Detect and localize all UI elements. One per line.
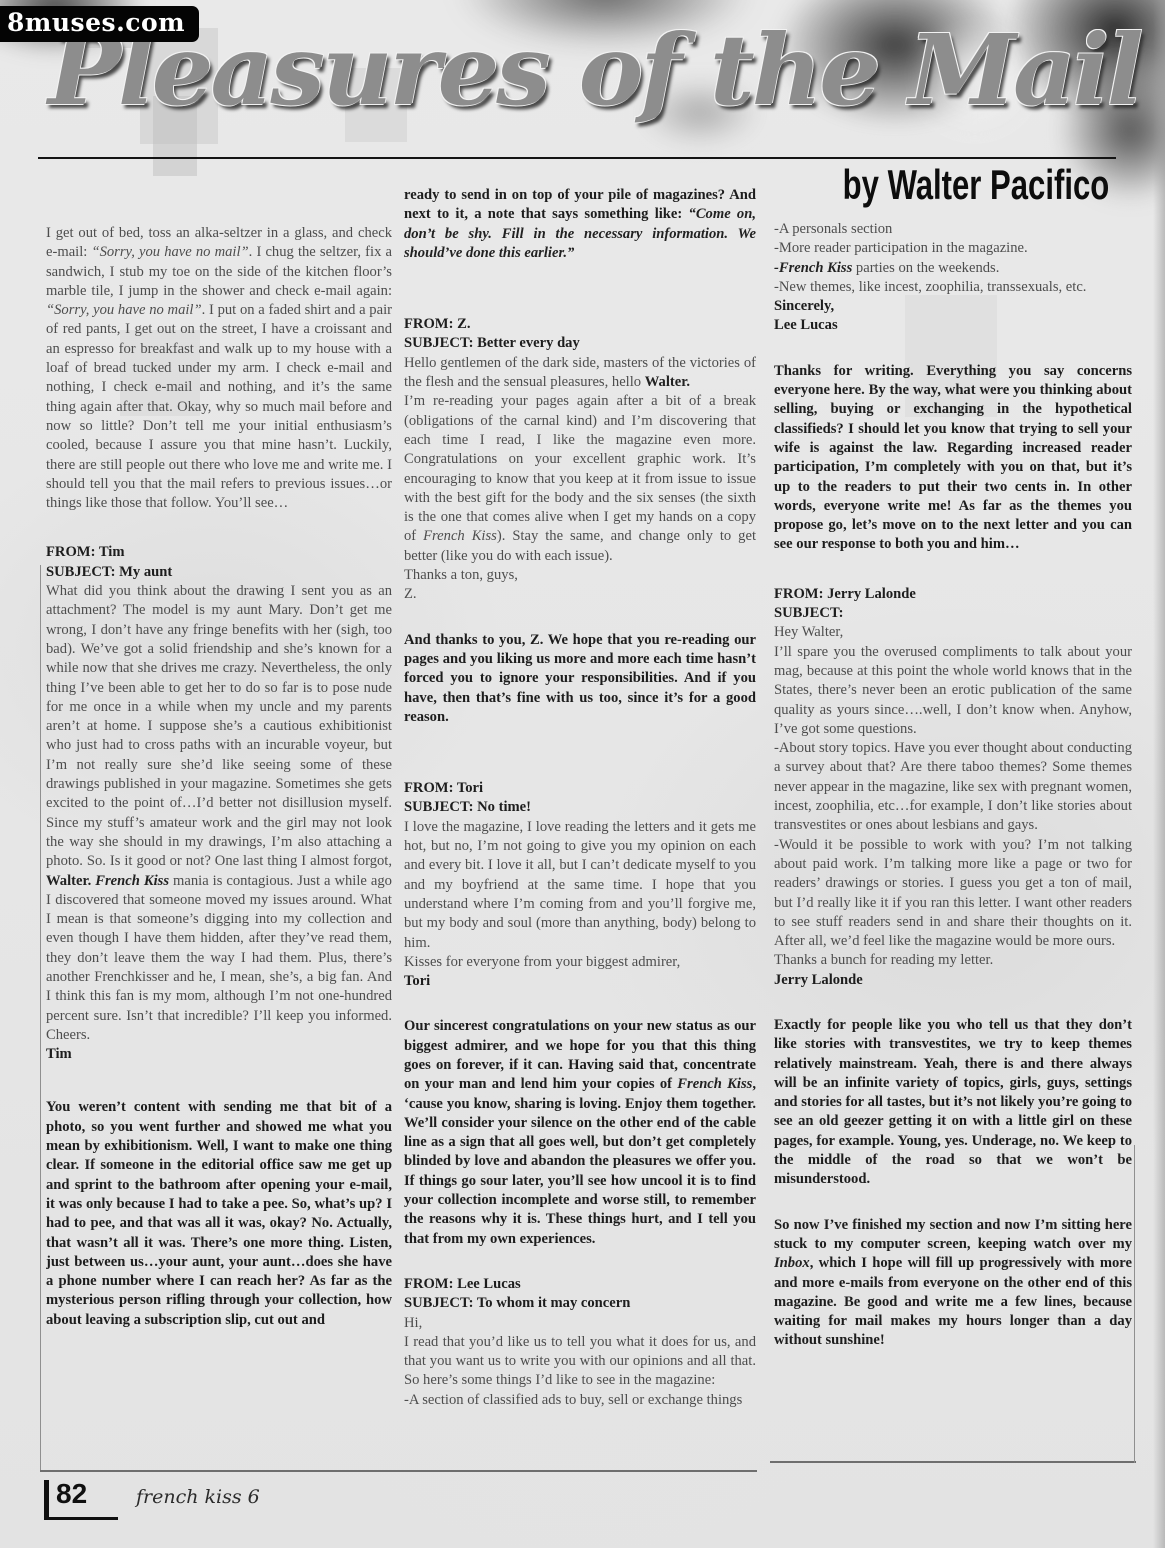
editor-reply: Thanks for writing. Everything you say c… <box>774 362 1132 555</box>
page-title: Pleasures of the Mail <box>48 22 1141 119</box>
letter-body: Thanks a bunch for reading my letter. <box>774 951 1132 970</box>
letter-list-item: -New themes, like incest, zoophilia, tra… <box>774 278 1132 297</box>
paragraph-gap <box>404 727 756 779</box>
styled-text: Walter. <box>46 873 95 889</box>
letter-list-item: -French Kiss parties on the weekends. <box>774 259 1132 278</box>
page-frame-bottom <box>40 1470 757 1472</box>
paragraph-gap <box>774 555 1132 585</box>
letter-body: What did you think about the drawing I s… <box>46 582 392 1045</box>
paragraph-gap <box>404 263 756 315</box>
column-3: -A personals section-More reader partici… <box>774 220 1132 1462</box>
letter-body: I’ll spare you the overused compliments … <box>774 643 1132 739</box>
signature-line: Z. <box>404 585 756 604</box>
column-2: ready to send in on top of your pile of … <box>404 186 756 1470</box>
letter-from-line: FROM: Z. <box>404 315 756 334</box>
letter-from-line: FROM: Tori <box>404 779 756 798</box>
letter-subject-line: SUBJECT: <box>774 604 1132 623</box>
letter-body: Hey Walter, <box>774 623 1132 642</box>
letter-list-item: -A personals section <box>774 220 1132 239</box>
letter-from-line: FROM: Lee Lucas <box>404 1275 756 1294</box>
styled-text: Walter. <box>645 374 690 390</box>
editor-reply: And thanks to you, Z. We hope that you r… <box>404 631 756 727</box>
signature-line: Tori <box>404 972 756 991</box>
watermark: 8muses.com <box>0 6 199 42</box>
paragraph-gap <box>774 990 1132 1016</box>
page-number: 82 <box>56 1478 87 1510</box>
intro-paragraph: I get out of bed, toss an alka-seltzer i… <box>46 224 392 513</box>
letter-subject-line: SUBJECT: Better every day <box>404 334 756 353</box>
signature-line: Lee Lucas <box>774 316 1132 335</box>
letter-body: Hello gentlemen of the dark side, master… <box>404 354 756 393</box>
styled-text: French Kiss <box>423 528 497 544</box>
letter-body: Sincerely, <box>774 297 1132 316</box>
paragraph-gap <box>404 991 756 1017</box>
letter-subject-line: SUBJECT: To whom it may concern <box>404 1294 756 1313</box>
editor-reply: ready to send in on top of your pile of … <box>404 186 756 263</box>
styled-text: “Sorry, you have no mail” <box>46 302 202 318</box>
paragraph-gap <box>46 1064 392 1098</box>
letter-subject-line: SUBJECT: My aunt <box>46 563 392 582</box>
title-rule <box>38 157 1116 159</box>
styled-text: French Kiss <box>677 1076 752 1092</box>
page-number-bar <box>44 1480 49 1518</box>
styled-text: “Sorry, you have no mail” <box>91 244 248 260</box>
magazine-title: french kiss 6 <box>136 1486 260 1508</box>
letter-from-line: FROM: Tim <box>46 543 392 562</box>
letter-subject-line: SUBJECT: No time! <box>404 798 756 817</box>
column-1: I get out of bed, toss an alka-seltzer i… <box>46 224 392 1472</box>
styled-text: French Kiss <box>95 873 169 889</box>
letter-list-item: -A section of classified ads to buy, sel… <box>404 1391 756 1410</box>
letter-list-item: -More reader participation in the magazi… <box>774 239 1132 258</box>
signature-line: Tim <box>46 1045 392 1064</box>
letter-body: Hi, <box>404 1314 756 1333</box>
page-edge-shadow <box>1153 0 1165 1548</box>
styled-text: “Come on, don’t be shy. Fill in the nece… <box>404 206 756 261</box>
page-frame-left <box>40 565 41 1472</box>
letter-body: I love the magazine, I love reading the … <box>404 818 756 953</box>
styled-text: Inbox <box>774 1255 810 1271</box>
letter-list-item: -About story topics. Have you ever thoug… <box>774 739 1132 835</box>
paragraph-gap <box>404 605 756 631</box>
letter-list-item: -Would it be possible to work with you? … <box>774 836 1132 952</box>
byline: by Walter Pacifico <box>842 163 1109 207</box>
paragraph-gap <box>404 1249 756 1275</box>
letter-body: I read that you’d like us to tell you wh… <box>404 1333 756 1391</box>
paragraph-gap <box>774 1190 1132 1216</box>
page-number-underline <box>44 1517 118 1520</box>
editor-reply: Our sincerest congratulations on your ne… <box>404 1017 756 1249</box>
letter-body: Kisses for everyone from your biggest ad… <box>404 953 756 972</box>
magazine-page: 8muses.com Pleasures of the Mail by Walt… <box>0 0 1165 1548</box>
signature-line: Jerry Lalonde <box>774 971 1132 990</box>
letter-body: Thanks a ton, guys, <box>404 566 756 585</box>
page-frame-bottom-right <box>770 1461 1136 1463</box>
editor-reply: You weren’t content with sending me that… <box>46 1098 392 1330</box>
page-frame-right <box>1134 1145 1135 1463</box>
letter-body: I’m re-reading your pages again after a … <box>404 392 756 566</box>
paragraph-gap <box>46 513 392 543</box>
editor-reply: Exactly for people like you who tell us … <box>774 1016 1132 1190</box>
styled-text: -French Kiss <box>774 260 852 276</box>
paragraph-gap <box>774 336 1132 362</box>
letter-from-line: FROM: Jerry Lalonde <box>774 585 1132 604</box>
editor-reply: So now I’ve finished my section and now … <box>774 1216 1132 1351</box>
